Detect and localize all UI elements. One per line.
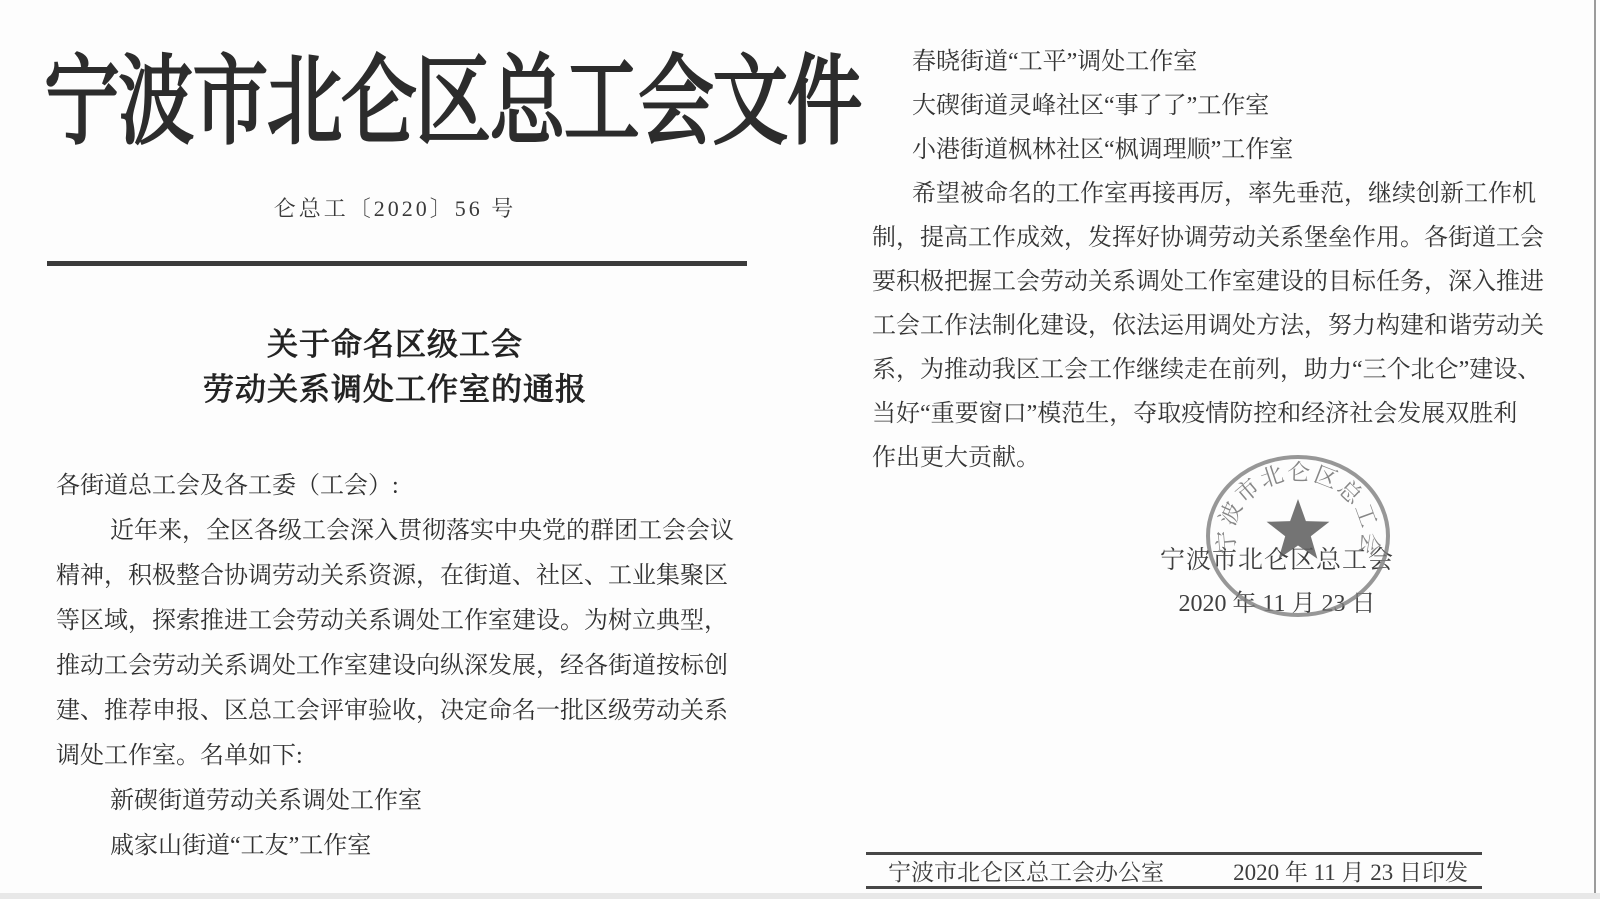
list-item: 春晓街道“工平”调处工作室 <box>872 40 1500 84</box>
footer-office: 宁波市北仑区总工会办公室 <box>888 854 1164 887</box>
body-line: 制，提高工作成效，发挥好协调劳动关系堡垒作用。各街道工会 <box>872 216 1500 260</box>
scan-edge-line <box>1594 0 1596 899</box>
official-seal: 宁波市北仑区总工会 <box>1183 433 1413 643</box>
left-page-body: 各街道总工会及各工委（工会）: 近年来，全区各级工会深入贯彻落实中央党的群团工会… <box>56 464 728 869</box>
body-line: 建、推荐申报、区总工会评审验收，决定命名一批区级劳动关系 <box>56 689 728 734</box>
list-item: 戚家山街道“工友”工作室 <box>56 824 728 869</box>
body-line: 推动工会劳动关系调处工作室建设向纵深发展，经各街道按标创 <box>56 644 728 689</box>
star-icon <box>1267 499 1330 559</box>
document-title-line2: 劳动关系调处工作室的通报 <box>45 367 745 412</box>
body-line: 系，为推动我区工会工作继续走在前列，助力“三个北仑”建设、 <box>872 348 1500 392</box>
document-number: 仑总工〔2020〕56 号 <box>45 192 745 223</box>
list-item: 小港街道枫林社区“枫调理顺”工作室 <box>872 128 1500 172</box>
header-divider-rule <box>47 261 747 266</box>
body-line: 要积极把握工会劳动关系调处工作室建设的目标任务，深入推进 <box>872 260 1500 304</box>
document-header-title: 宁波市北仑区总工会文件 <box>44 24 597 164</box>
body-line: 调处工作室。名单如下: <box>56 734 728 779</box>
document-title-line1: 关于命名区级工会 <box>45 322 745 367</box>
salutation: 各街道总工会及各工委（工会）: <box>56 464 728 509</box>
body-line: 精神，积极整合协调劳动关系资源，在街道、社区、工业集聚区 <box>56 554 728 599</box>
list-item: 大碶街道灵峰社区“事了了”工作室 <box>872 84 1500 128</box>
body-line: 等区域，探索推进工会劳动关系调处工作室建设。为树立典型， <box>56 599 728 644</box>
scan-bottom-band <box>0 893 1600 899</box>
body-line: 近年来，全区各级工会深入贯彻落实中央党的群团工会会议 <box>56 509 728 554</box>
body-line: 希望被命名的工作室再接再厉，率先垂范，继续创新工作机 <box>872 172 1500 216</box>
right-page-body: 春晓街道“工平”调处工作室 大碶街道灵峰社区“事了了”工作室 小港街道枫林社区“… <box>872 40 1500 480</box>
list-item: 新碶街道劳动关系调处工作室 <box>56 779 728 824</box>
body-line: 当好“重要窗口”模范生，夺取疫情防控和经济社会发展双胜利 <box>872 392 1500 436</box>
footer-print-date: 2020 年 11 月 23 日印发 <box>1233 854 1468 887</box>
document-title: 关于命名区级工会 劳动关系调处工作室的通报 <box>45 322 745 412</box>
body-line: 工会工作法制化建设，依法运用调处方法，努力构建和谐劳动关 <box>872 304 1500 348</box>
footer-bar: 宁波市北仑区总工会办公室 2020 年 11 月 23 日印发 <box>866 852 1482 889</box>
